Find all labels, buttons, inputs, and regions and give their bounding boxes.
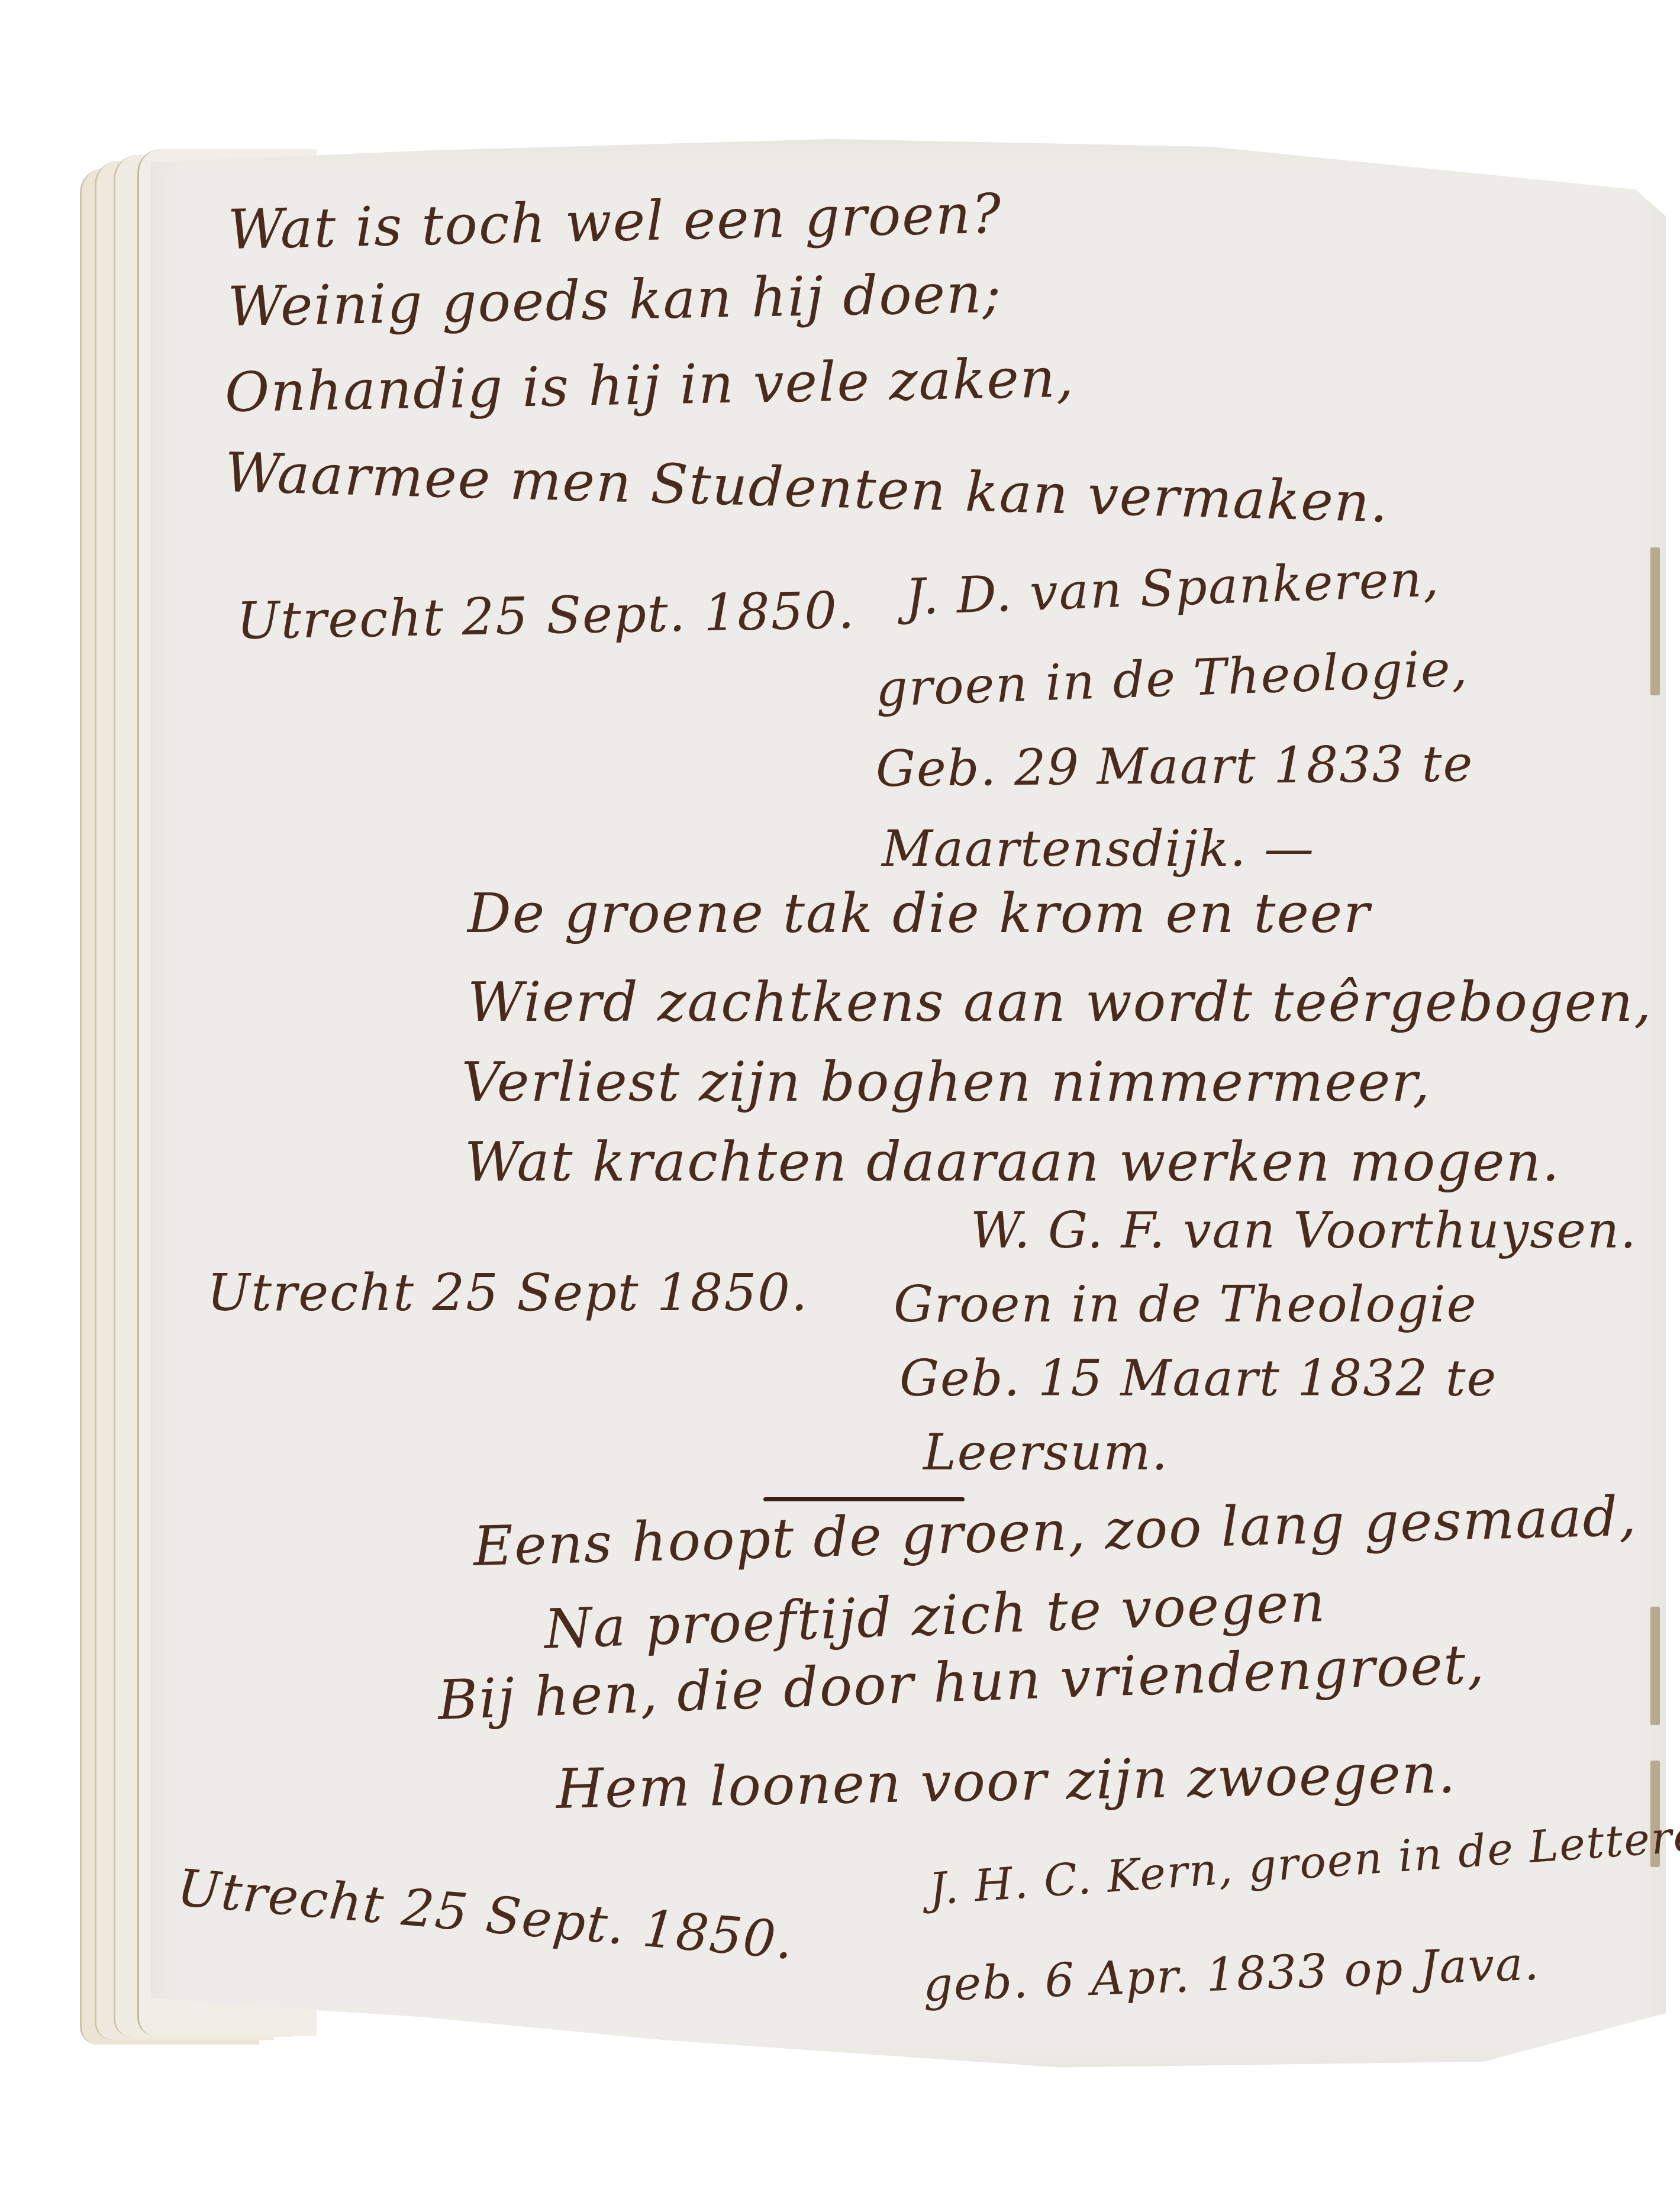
signature-line: Geb. 15 Maart 1832 te: [899, 1349, 1497, 1407]
verse-line: Weinig goeds kan hij doen;: [227, 262, 1002, 338]
binding-tab: [1650, 547, 1660, 695]
signature-line: W. G. F. van Voorthuysen.: [970, 1201, 1637, 1259]
place-date: Utrecht 25 Sept 1850.: [207, 1263, 808, 1323]
signature-line: Geb. 29 Maart 1833 te: [876, 734, 1474, 798]
signature-line: Leersum.: [923, 1423, 1169, 1481]
verse-line: Wat krachten daaraan werken mogen.: [465, 1130, 1560, 1194]
separator-rule: [763, 1497, 965, 1501]
verse-line: Verliest zijn boghen nimmermeer,: [462, 1050, 1431, 1114]
binding-tab: [1650, 1607, 1660, 1725]
signature-line: Maartensdijk. —: [882, 820, 1315, 878]
signature-line: Groen in de Theologie: [894, 1275, 1477, 1333]
verse-line: De groene tak die krom en teer: [467, 882, 1371, 945]
verse-line: Wierd zachtkens aan wordt teêrgebogen,: [467, 971, 1653, 1034]
place-date: Utrecht 25 Sept. 1850.: [236, 581, 856, 651]
